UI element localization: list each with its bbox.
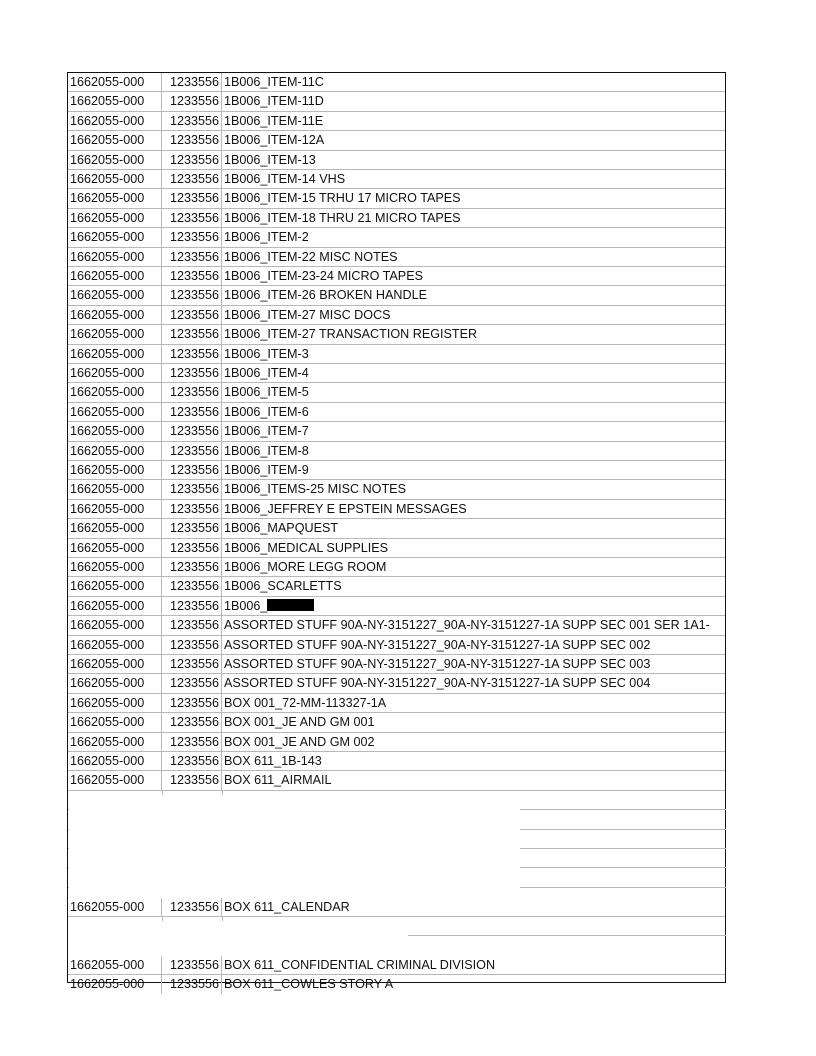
grid-tick — [68, 829, 69, 830]
id-cell-text: 1233556 — [170, 482, 219, 496]
id-cell-text: 1233556 — [170, 114, 219, 128]
id-cell-text: 1233556 — [170, 172, 219, 186]
id-cell: 1233556 — [162, 189, 222, 207]
id-cell-text: 1233556 — [170, 657, 219, 671]
table-row: 1662055-00012335561B006_ITEM-2 — [68, 228, 725, 247]
description-cell-text: 1B006_ITEMS-25 MISC NOTES — [224, 482, 406, 496]
file-number-cell: 1662055-000 — [68, 345, 162, 363]
table-row: 1662055-00012335561B006_JEFFREY E EPSTEI… — [68, 500, 725, 519]
description-cell: BOX 611_CONFIDENTIAL CRIMINAL DIVISION — [222, 956, 495, 974]
id-cell-text: 1233556 — [170, 502, 219, 516]
file-number-cell: 1662055-000 — [68, 403, 162, 421]
file-number-cell: 1662055-000 — [68, 306, 162, 324]
table-row: 1662055-0001233556ASSORTED STUFF 90A-NY-… — [68, 616, 725, 635]
id-cell: 1233556 — [162, 209, 222, 227]
id-cell-text: 1233556 — [170, 366, 219, 380]
file-number-cell-text: 1662055-000 — [70, 735, 144, 749]
file-number-cell-text: 1662055-000 — [70, 114, 144, 128]
file-number-cell-text: 1662055-000 — [70, 579, 144, 593]
description-cell: 1B006_ITEM-11E — [222, 112, 323, 130]
id-cell-text: 1233556 — [170, 676, 219, 690]
file-number-cell-text: 1662055-000 — [70, 657, 144, 671]
grid-tick — [68, 809, 69, 810]
grid-tick — [162, 791, 163, 795]
file-number-cell: 1662055-000 — [68, 131, 162, 149]
description-cell: 1B006_MORE LEGG ROOM — [222, 558, 386, 576]
description-cell: BOX 611_AIRMAIL — [222, 771, 332, 789]
description-cell-text: 1B006_MORE LEGG ROOM — [224, 560, 386, 574]
id-cell-text: 1233556 — [170, 773, 219, 787]
id-cell: 1233556 — [162, 422, 222, 440]
file-number-cell-text: 1662055-000 — [70, 482, 144, 496]
file-number-cell-text: 1662055-000 — [70, 638, 144, 652]
id-cell: 1233556 — [162, 539, 222, 557]
file-number-cell-text: 1662055-000 — [70, 327, 144, 341]
table-row: 1662055-00012335561B006_ITEM-23-24 MICRO… — [68, 267, 725, 286]
file-number-cell-text: 1662055-000 — [70, 958, 144, 972]
id-cell: 1233556 — [162, 170, 222, 188]
id-cell: 1233556 — [162, 403, 222, 421]
description-cell-text: 1B006_ITEM-15 TRHU 17 MICRO TAPES — [224, 191, 461, 205]
id-cell: 1233556 — [162, 558, 222, 576]
file-number-cell: 1662055-000 — [68, 975, 162, 994]
description-cell: 1B006_ITEM-9 — [222, 461, 309, 479]
file-number-cell: 1662055-000 — [68, 325, 162, 343]
file-number-cell: 1662055-000 — [68, 480, 162, 498]
description-cell-text: BOX 611_AIRMAIL — [224, 773, 332, 787]
grid-tick — [162, 917, 163, 921]
id-cell: 1233556 — [162, 597, 222, 615]
description-cell: 1B006_ITEM-3 — [222, 345, 309, 363]
table-row: 1662055-00012335561B006_ITEMS-25 MISC NO… — [68, 480, 725, 499]
id-cell: 1233556 — [162, 733, 222, 751]
file-number-cell-text: 1662055-000 — [70, 211, 144, 225]
id-cell-text: 1233556 — [170, 560, 219, 574]
grid-line — [408, 935, 726, 936]
grid-line — [520, 887, 726, 888]
grid-line — [520, 867, 726, 868]
table-row: 1662055-00012335561B006_ITEM-22 MISC NOT… — [68, 248, 725, 267]
table-row: 1662055-00012335561B006_ITEM-7 — [68, 422, 725, 441]
description-cell-text: BOX 001_JE AND GM 002 — [224, 735, 375, 749]
id-cell: 1233556 — [162, 228, 222, 246]
id-cell-text: 1233556 — [170, 308, 219, 322]
spreadsheet-table: 1662055-00012335561B006_ITEM-11C1662055-… — [67, 72, 726, 983]
table-row: 1662055-00012335561B006_ITEM-6 — [68, 403, 725, 422]
id-cell-text: 1233556 — [170, 444, 219, 458]
id-cell: 1233556 — [162, 364, 222, 382]
file-number-cell-text: 1662055-000 — [70, 424, 144, 438]
file-number-cell-text: 1662055-000 — [70, 308, 144, 322]
grid-line — [520, 848, 726, 849]
file-number-cell-text: 1662055-000 — [70, 366, 144, 380]
file-number-cell: 1662055-000 — [68, 170, 162, 188]
description-cell: 1B006_ITEM-27 TRANSACTION REGISTER — [222, 325, 477, 343]
id-cell-text: 1233556 — [170, 958, 219, 972]
file-number-cell: 1662055-000 — [68, 674, 162, 692]
description-cell: BOX 001_JE AND GM 001 — [222, 713, 375, 731]
table-row: 1662055-0001233556BOX 611_CONFIDENTIAL C… — [68, 956, 725, 975]
description-cell-text: BOX 611_1B-143 — [224, 754, 322, 768]
id-cell: 1233556 — [162, 286, 222, 304]
id-cell-text: 1233556 — [170, 153, 219, 167]
description-cell-text: 1B006_ — [224, 599, 267, 613]
description-cell: BOX 611_1B-143 — [222, 752, 322, 770]
description-cell: 1B006_ITEM-12A — [222, 131, 324, 149]
grid-tick — [68, 848, 69, 849]
file-number-cell-text: 1662055-000 — [70, 153, 144, 167]
id-cell-text: 1233556 — [170, 405, 219, 419]
id-cell: 1233556 — [162, 655, 222, 673]
file-number-cell: 1662055-000 — [68, 733, 162, 751]
description-cell-text: 1B006_ITEM-13 — [224, 153, 316, 167]
file-number-cell-text: 1662055-000 — [70, 269, 144, 283]
description-cell: BOX 611_CALENDAR — [222, 898, 350, 916]
file-number-cell: 1662055-000 — [68, 248, 162, 266]
file-number-cell: 1662055-000 — [68, 956, 162, 974]
id-cell-text: 1233556 — [170, 211, 219, 225]
id-cell-text: 1233556 — [170, 735, 219, 749]
description-cell: 1B006_JEFFREY E EPSTEIN MESSAGES — [222, 500, 467, 518]
file-number-cell: 1662055-000 — [68, 461, 162, 479]
table-row: 1662055-0001233556ASSORTED STUFF 90A-NY-… — [68, 655, 725, 674]
table-row: 1662055-00012335561B006_ITEM-13 — [68, 151, 725, 170]
table-row: 1662055-0001233556BOX 001_JE AND GM 001 — [68, 713, 725, 732]
id-cell-text: 1233556 — [170, 599, 219, 613]
id-cell: 1233556 — [162, 267, 222, 285]
file-number-cell: 1662055-000 — [68, 539, 162, 557]
description-cell: ASSORTED STUFF 90A-NY-3151227_90A-NY-315… — [222, 616, 710, 634]
id-cell: 1233556 — [162, 480, 222, 498]
description-cell: 1B006_ITEM-27 MISC DOCS — [222, 306, 391, 324]
description-cell: 1B006_ — [222, 597, 314, 615]
table-row: 1662055-00012335561B006_ITEM-11C — [68, 73, 725, 92]
grid-tick — [222, 917, 223, 921]
file-number-cell-text: 1662055-000 — [70, 288, 144, 302]
file-number-cell: 1662055-000 — [68, 752, 162, 770]
table-row: 1662055-00012335561B006_ITEM-15 TRHU 17 … — [68, 189, 725, 208]
description-cell: ASSORTED STUFF 90A-NY-3151227_90A-NY-315… — [222, 655, 650, 673]
id-cell-text: 1233556 — [170, 327, 219, 341]
id-cell: 1233556 — [162, 898, 222, 916]
description-cell-text: 1B006_ITEM-23-24 MICRO TAPES — [224, 269, 423, 283]
file-number-cell-text: 1662055-000 — [70, 541, 144, 555]
table-row: 1662055-00012335561B006_ITEM-18 THRU 21 … — [68, 209, 725, 228]
file-number-cell-text: 1662055-000 — [70, 444, 144, 458]
description-cell: 1B006_ITEM-18 THRU 21 MICRO TAPES — [222, 209, 461, 227]
file-number-cell-text: 1662055-000 — [70, 618, 144, 632]
description-cell: 1B006_ITEM-2 — [222, 228, 309, 246]
description-cell-text: ASSORTED STUFF 90A-NY-3151227_90A-NY-315… — [224, 657, 650, 671]
table-row: 1662055-00012335561B006_SCARLETTS — [68, 577, 725, 596]
id-cell: 1233556 — [162, 771, 222, 789]
id-cell: 1233556 — [162, 500, 222, 518]
id-cell-text: 1233556 — [170, 618, 219, 632]
file-number-cell: 1662055-000 — [68, 500, 162, 518]
file-number-cell: 1662055-000 — [68, 636, 162, 654]
description-cell: 1B006_ITEM-6 — [222, 403, 309, 421]
description-cell-text: ASSORTED STUFF 90A-NY-3151227_90A-NY-315… — [224, 618, 710, 632]
file-number-cell-text: 1662055-000 — [70, 773, 144, 787]
table-row: 1662055-0001233556BOX 611_AIRMAIL — [68, 771, 725, 790]
description-cell-text: BOX 611_CONFIDENTIAL CRIMINAL DIVISION — [224, 958, 495, 972]
description-cell-text: 1B006_ITEM-11C — [224, 75, 324, 89]
file-number-cell: 1662055-000 — [68, 209, 162, 227]
file-number-cell-text: 1662055-000 — [70, 191, 144, 205]
id-cell-text: 1233556 — [170, 715, 219, 729]
file-number-cell: 1662055-000 — [68, 616, 162, 634]
id-cell-text: 1233556 — [170, 269, 219, 283]
table-row: 1662055-0001233556ASSORTED STUFF 90A-NY-… — [68, 636, 725, 655]
table-row: 1662055-00012335561B006_ITEM-26 BROKEN H… — [68, 286, 725, 305]
description-cell: 1B006_ITEM-26 BROKEN HANDLE — [222, 286, 427, 304]
file-number-cell-text: 1662055-000 — [70, 715, 144, 729]
table-row: 1662055-0001233556BOX 611_CALENDAR — [68, 898, 725, 917]
id-cell: 1233556 — [162, 674, 222, 692]
id-cell-text: 1233556 — [170, 250, 219, 264]
file-number-cell: 1662055-000 — [68, 151, 162, 169]
table-row: 1662055-0001233556ASSORTED STUFF 90A-NY-… — [68, 674, 725, 693]
id-cell-text: 1233556 — [170, 541, 219, 555]
description-cell: 1B006_ITEM-22 MISC NOTES — [222, 248, 398, 266]
id-cell: 1233556 — [162, 519, 222, 537]
id-cell-text: 1233556 — [170, 133, 219, 147]
file-number-cell-text: 1662055-000 — [70, 172, 144, 186]
description-cell-text: 1B006_MEDICAL SUPPLIES — [224, 541, 388, 555]
description-cell-text: BOX 611_COWLES STORY A — [224, 977, 393, 991]
file-number-cell: 1662055-000 — [68, 577, 162, 595]
description-cell: 1B006_ITEM-8 — [222, 442, 309, 460]
id-cell-text: 1233556 — [170, 521, 219, 535]
description-cell-text: 1B006_ITEM-14 VHS — [224, 172, 345, 186]
description-cell-text: ASSORTED STUFF 90A-NY-3151227_90A-NY-315… — [224, 676, 650, 690]
file-number-cell-text: 1662055-000 — [70, 977, 144, 991]
id-cell-text: 1233556 — [170, 900, 219, 914]
description-cell: ASSORTED STUFF 90A-NY-3151227_90A-NY-315… — [222, 674, 650, 692]
table-row: 1662055-00012335561B006_MAPQUEST — [68, 519, 725, 538]
description-cell-text: 1B006_ITEM-27 TRANSACTION REGISTER — [224, 327, 477, 341]
id-cell: 1233556 — [162, 92, 222, 110]
file-number-cell-text: 1662055-000 — [70, 347, 144, 361]
id-cell-text: 1233556 — [170, 385, 219, 399]
grid-line — [520, 809, 726, 810]
description-cell-text: 1B006_JEFFREY E EPSTEIN MESSAGES — [224, 502, 467, 516]
table-row: 1662055-00012335561B006_ITEM-11D — [68, 92, 725, 111]
id-cell: 1233556 — [162, 345, 222, 363]
description-cell-text: 1B006_ITEM-2 — [224, 230, 309, 244]
table-row: 1662055-0001233556BOX 611_COWLES STORY A — [68, 975, 725, 994]
description-cell: 1B006_ITEM-7 — [222, 422, 309, 440]
description-cell-text: 1B006_ITEM-8 — [224, 444, 309, 458]
grid-tick — [68, 887, 69, 888]
description-cell-text: 1B006_ITEM-11E — [224, 114, 323, 128]
table-row: 1662055-00012335561B006_ITEM-5 — [68, 383, 725, 402]
id-cell: 1233556 — [162, 752, 222, 770]
file-number-cell-text: 1662055-000 — [70, 900, 144, 914]
grid-line — [520, 829, 726, 830]
table-row: 1662055-00012335561B006_ITEM-27 MISC DOC… — [68, 306, 725, 325]
description-cell-text: 1B006_ITEM-6 — [224, 405, 309, 419]
file-number-cell-text: 1662055-000 — [70, 250, 144, 264]
id-cell-text: 1233556 — [170, 288, 219, 302]
description-cell: 1B006_ITEM-13 — [222, 151, 316, 169]
file-number-cell-text: 1662055-000 — [70, 754, 144, 768]
file-number-cell: 1662055-000 — [68, 597, 162, 615]
table-row: 1662055-00012335561B006_ — [68, 597, 725, 616]
file-number-cell-text: 1662055-000 — [70, 94, 144, 108]
id-cell: 1233556 — [162, 461, 222, 479]
file-number-cell: 1662055-000 — [68, 267, 162, 285]
id-cell: 1233556 — [162, 636, 222, 654]
id-cell-text: 1233556 — [170, 579, 219, 593]
table-row: 1662055-00012335561B006_MEDICAL SUPPLIES — [68, 539, 725, 558]
id-cell: 1233556 — [162, 383, 222, 401]
table-row: 1662055-00012335561B006_MORE LEGG ROOM — [68, 558, 725, 577]
id-cell: 1233556 — [162, 975, 222, 994]
file-number-cell-text: 1662055-000 — [70, 75, 144, 89]
description-cell: 1B006_ITEM-23-24 MICRO TAPES — [222, 267, 423, 285]
description-cell-text: 1B006_ITEM-27 MISC DOCS — [224, 308, 391, 322]
description-cell-text: BOX 001_JE AND GM 001 — [224, 715, 375, 729]
file-number-cell-text: 1662055-000 — [70, 599, 144, 613]
file-number-cell-text: 1662055-000 — [70, 521, 144, 535]
file-number-cell-text: 1662055-000 — [70, 385, 144, 399]
description-cell-text: BOX 611_CALENDAR — [224, 900, 350, 914]
table-row: 1662055-00012335561B006_ITEM-3 — [68, 345, 725, 364]
description-cell-text: 1B006_ITEM-7 — [224, 424, 309, 438]
id-cell-text: 1233556 — [170, 754, 219, 768]
id-cell: 1233556 — [162, 616, 222, 634]
file-number-cell-text: 1662055-000 — [70, 133, 144, 147]
table-row: 1662055-00012335561B006_ITEM-14 VHS — [68, 170, 725, 189]
file-number-cell: 1662055-000 — [68, 383, 162, 401]
description-cell: 1B006_ITEM-4 — [222, 364, 309, 382]
description-cell: 1B006_MEDICAL SUPPLIES — [222, 539, 388, 557]
id-cell: 1233556 — [162, 442, 222, 460]
description-cell-text: 1B006_ITEM-12A — [224, 133, 324, 147]
table-row: 1662055-00012335561B006_ITEM-27 TRANSACT… — [68, 325, 725, 344]
description-cell-text: 1B006_ITEM-18 THRU 21 MICRO TAPES — [224, 211, 461, 225]
id-cell-text: 1233556 — [170, 977, 219, 991]
file-number-cell: 1662055-000 — [68, 694, 162, 712]
file-number-cell: 1662055-000 — [68, 655, 162, 673]
description-cell: ASSORTED STUFF 90A-NY-3151227_90A-NY-315… — [222, 636, 650, 654]
description-cell-text: 1B006_ITEM-9 — [224, 463, 309, 477]
file-number-cell-text: 1662055-000 — [70, 405, 144, 419]
description-cell: BOX 001_JE AND GM 002 — [222, 733, 375, 751]
file-number-cell: 1662055-000 — [68, 422, 162, 440]
id-cell-text: 1233556 — [170, 191, 219, 205]
file-number-cell: 1662055-000 — [68, 898, 162, 916]
file-number-cell: 1662055-000 — [68, 286, 162, 304]
file-number-cell-text: 1662055-000 — [70, 560, 144, 574]
description-cell-text: 1B006_ITEM-3 — [224, 347, 309, 361]
table-row: 1662055-0001233556BOX 001_72-MM-113327-1… — [68, 694, 725, 713]
grid-tick — [68, 867, 69, 868]
file-number-cell: 1662055-000 — [68, 112, 162, 130]
file-number-cell-text: 1662055-000 — [70, 502, 144, 516]
description-cell: 1B006_ITEMS-25 MISC NOTES — [222, 480, 406, 498]
id-cell-text: 1233556 — [170, 75, 219, 89]
file-number-cell-text: 1662055-000 — [70, 676, 144, 690]
id-cell-text: 1233556 — [170, 230, 219, 244]
file-number-cell: 1662055-000 — [68, 713, 162, 731]
id-cell: 1233556 — [162, 112, 222, 130]
description-cell-text: 1B006_ITEM-4 — [224, 366, 309, 380]
table-row: 1662055-00012335561B006_ITEM-11E — [68, 112, 725, 131]
file-number-cell: 1662055-000 — [68, 92, 162, 110]
description-cell: 1B006_MAPQUEST — [222, 519, 338, 537]
description-cell-text: 1B006_SCARLETTS — [224, 579, 342, 593]
description-cell: 1B006_ITEM-11C — [222, 73, 324, 91]
file-number-cell: 1662055-000 — [68, 442, 162, 460]
redaction-box — [267, 599, 314, 611]
file-number-cell: 1662055-000 — [68, 771, 162, 789]
file-number-cell: 1662055-000 — [68, 364, 162, 382]
file-number-cell: 1662055-000 — [68, 189, 162, 207]
id-cell-text: 1233556 — [170, 463, 219, 477]
id-cell: 1233556 — [162, 694, 222, 712]
id-cell-text: 1233556 — [170, 424, 219, 438]
description-cell: 1B006_SCARLETTS — [222, 577, 342, 595]
id-cell-text: 1233556 — [170, 347, 219, 361]
description-cell: BOX 611_COWLES STORY A — [222, 975, 393, 994]
id-cell-text: 1233556 — [170, 696, 219, 710]
id-cell: 1233556 — [162, 577, 222, 595]
file-number-cell-text: 1662055-000 — [70, 463, 144, 477]
file-number-cell-text: 1662055-000 — [70, 696, 144, 710]
table-row: 1662055-00012335561B006_ITEM-4 — [68, 364, 725, 383]
id-cell: 1233556 — [162, 306, 222, 324]
description-cell: 1B006_ITEM-14 VHS — [222, 170, 345, 188]
id-cell-text: 1233556 — [170, 94, 219, 108]
id-cell: 1233556 — [162, 248, 222, 266]
id-cell: 1233556 — [162, 151, 222, 169]
description-cell: 1B006_ITEM-5 — [222, 383, 309, 401]
table-row: 1662055-00012335561B006_ITEM-12A — [68, 131, 725, 150]
file-number-cell: 1662055-000 — [68, 228, 162, 246]
description-cell: 1B006_ITEM-15 TRHU 17 MICRO TAPES — [222, 189, 461, 207]
id-cell: 1233556 — [162, 713, 222, 731]
id-cell-text: 1233556 — [170, 638, 219, 652]
table-row: 1662055-0001233556BOX 001_JE AND GM 002 — [68, 733, 725, 752]
id-cell: 1233556 — [162, 131, 222, 149]
id-cell: 1233556 — [162, 73, 222, 91]
description-cell-text: ASSORTED STUFF 90A-NY-3151227_90A-NY-315… — [224, 638, 650, 652]
file-number-cell: 1662055-000 — [68, 558, 162, 576]
table-row: 1662055-00012335561B006_ITEM-8 — [68, 442, 725, 461]
file-number-cell: 1662055-000 — [68, 73, 162, 91]
table-row: 1662055-00012335561B006_ITEM-9 — [68, 461, 725, 480]
id-cell: 1233556 — [162, 956, 222, 974]
table-row: 1662055-0001233556BOX 611_1B-143 — [68, 752, 725, 771]
description-cell-text: 1B006_ITEM-22 MISC NOTES — [224, 250, 398, 264]
description-cell-text: 1B006_MAPQUEST — [224, 521, 338, 535]
file-number-cell: 1662055-000 — [68, 519, 162, 537]
grid-tick — [222, 791, 223, 795]
description-cell-text: 1B006_ITEM-26 BROKEN HANDLE — [224, 288, 427, 302]
description-cell: 1B006_ITEM-11D — [222, 92, 324, 110]
description-cell: BOX 001_72-MM-113327-1A — [222, 694, 386, 712]
description-cell-text: 1B006_ITEM-11D — [224, 94, 324, 108]
description-cell-text: BOX 001_72-MM-113327-1A — [224, 696, 386, 710]
file-number-cell-text: 1662055-000 — [70, 230, 144, 244]
id-cell: 1233556 — [162, 325, 222, 343]
description-cell-text: 1B006_ITEM-5 — [224, 385, 309, 399]
